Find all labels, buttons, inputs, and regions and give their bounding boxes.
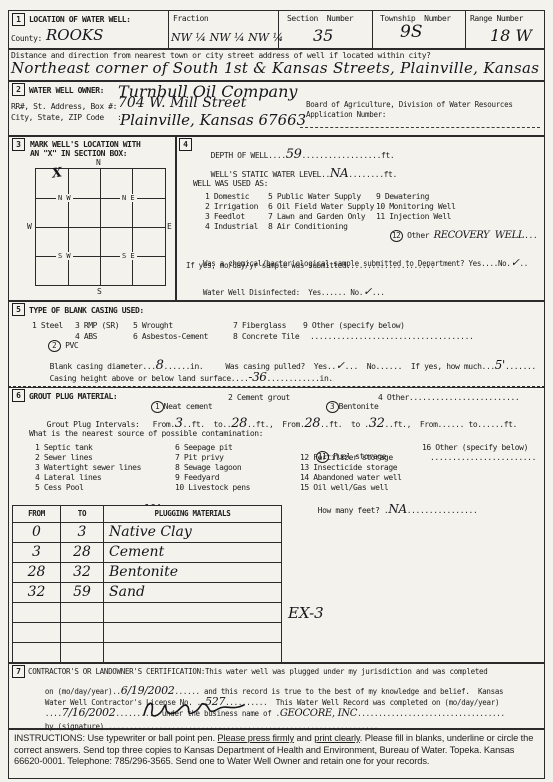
- disinfected-dots: ...: [372, 288, 385, 297]
- how-much-value: 5': [495, 358, 505, 372]
- use-option: 5 Public Water Supply: [268, 192, 361, 201]
- table-row-empty: [13, 623, 281, 643]
- section1-title: LOCATION OF WATER WELL:: [29, 15, 131, 24]
- section4-number: 4: [179, 138, 192, 151]
- use-option: 4 Industrial: [205, 222, 258, 231]
- grout-material-title: GROUT PLUG MATERIAL:: [29, 392, 117, 401]
- contamination-option: 1 Septic tank: [35, 443, 92, 452]
- grout-1-label: Neat cement: [164, 402, 213, 411]
- contamination-option: 7 Pit privy: [175, 453, 224, 462]
- interval-from-2: 28: [304, 416, 320, 431]
- use-option: 3 Feedlot: [205, 212, 245, 221]
- section3-title-line2: AN "X" IN SECTION BOX:: [30, 149, 127, 158]
- quarter-se-label: S E: [120, 252, 137, 260]
- table-header-from: FROM: [13, 506, 61, 522]
- application-number-label: Application Number:: [306, 110, 386, 119]
- section3-title-line1: MARK WELL'S LOCATION WITH: [30, 140, 140, 149]
- section-number-label: Section Number: [287, 14, 353, 23]
- pulled-yes-checkmark: ✓: [336, 359, 345, 372]
- casing-height-units: ............in.: [267, 374, 333, 383]
- table-header-materials: PLUGGING MATERIALS: [104, 506, 281, 522]
- intervals-text: ..ft. to..: [183, 420, 232, 429]
- use-option-12-other: 12 Other RECOVERY WELL...: [372, 221, 537, 251]
- plugging-materials-table: FROM TO PLUGGING MATERIALS 0 3 Native Cl…: [12, 505, 282, 664]
- table-row: 28 32 Bentonite: [13, 563, 281, 583]
- depth-units: ..................ft.: [302, 151, 395, 160]
- grout-option-2: 2 Cement grout: [228, 393, 290, 402]
- from-value: 0: [13, 523, 60, 541]
- contamination-option: 13 Insecticide storage: [300, 463, 397, 472]
- grout-option-4: 4 Other.........................: [378, 393, 519, 402]
- table-row: 3 28 Cement: [13, 543, 281, 563]
- how-much-label: ... No...... If yes, how much...: [345, 362, 495, 371]
- section2-number: 2: [12, 83, 25, 96]
- material-value: Native Clay: [104, 523, 281, 541]
- range-number-label: Range Number: [470, 14, 523, 23]
- compass-east-label: E: [167, 222, 171, 231]
- contamination-option: 6 Seepage pit: [175, 443, 232, 452]
- contamination-option: 4 Lateral lines: [35, 473, 101, 482]
- intervals-text: ..ft., From...... to......ft.: [384, 420, 517, 429]
- use-option: 2 Irrigation: [205, 202, 258, 211]
- quarter-nw-label: N W: [56, 194, 73, 202]
- distance-value: Northeast corner of South 1st & Kansas S…: [11, 59, 539, 77]
- city-value: Plainville, Kansas 67663: [120, 111, 306, 129]
- fraction-label: Fraction: [173, 14, 208, 23]
- section-grid: N W N E S W S E: [35, 168, 166, 286]
- use-12-circled-number: 12: [390, 230, 403, 242]
- contamination-option: 10 Livestock pens: [175, 483, 250, 492]
- section6-number: 6: [12, 389, 25, 402]
- section1-number: 1: [12, 13, 25, 26]
- to-value: 28: [61, 543, 103, 561]
- from-value: 28: [13, 563, 60, 581]
- material-value: Bentonite: [104, 563, 281, 581]
- compass-north-label: N: [96, 158, 100, 167]
- county-label: County:: [11, 34, 42, 43]
- city-label: City, State, ZIP Code :: [11, 113, 121, 122]
- well-location-x-mark: X: [51, 165, 63, 181]
- intervals-label: Grout Plug Intervals: From.: [47, 420, 175, 429]
- contamination-option: 14 Abandoned water well: [300, 473, 402, 482]
- use-option: 7 Lawn and Garden Only: [268, 212, 365, 221]
- use-12-dots: ...: [524, 231, 537, 240]
- sample-no-checkmark: ✓: [511, 256, 520, 269]
- signature-scribble: [140, 697, 250, 721]
- casing-option: 5 Wrought: [133, 321, 173, 330]
- address-value: 704 W. Mill Street: [118, 95, 246, 111]
- application-number-line: [300, 127, 540, 128]
- table-row: 32 59 Sand: [13, 583, 281, 603]
- section5-number: 5: [12, 303, 25, 316]
- ex-3-annotation: EX-3: [288, 604, 324, 622]
- section5-title: TYPE OF BLANK CASING USED:: [29, 306, 144, 315]
- instructions-text: and: [294, 733, 314, 743]
- use-12-handwritten-value: RECOVERY WELL: [434, 230, 524, 241]
- casing-option: 3 RMP (SR): [75, 321, 119, 330]
- township-number-value: 9S: [400, 22, 422, 42]
- use-option: 1 Domestic: [205, 192, 249, 201]
- table-row-empty: [13, 643, 281, 663]
- compass-west-label: W: [27, 222, 31, 231]
- feet-value: NA: [388, 502, 406, 516]
- contamination-option: 5 Cess Pool: [35, 483, 84, 492]
- instructions-print-clearly: print clearly: [314, 733, 360, 743]
- from-value: 32: [13, 583, 60, 601]
- use-option: 10 Monitoring Well: [376, 202, 456, 211]
- to-value: 32: [61, 563, 103, 581]
- casing-other-dots: .....................................: [310, 332, 473, 341]
- use-option: 6 Oil Field Water Supply: [268, 202, 374, 211]
- table-row-empty: [13, 603, 281, 623]
- casing-option: 8 Concrete Tile: [233, 332, 299, 341]
- sample-dots: ..: [520, 259, 528, 268]
- static-level-value: NA: [330, 166, 348, 180]
- contamination-option: 8 Sewage lagoon: [175, 463, 241, 472]
- casing-height-label: Casing height above or below land surfac…: [50, 374, 249, 383]
- table-header-to: TO: [61, 506, 104, 522]
- casing-option: 9 Other (specify below): [303, 321, 405, 330]
- disinfected-no-checkmark: ✓: [363, 285, 372, 298]
- how-much-dots: .......: [505, 362, 536, 371]
- depth-label: DEPTH OF WELL....: [211, 151, 286, 160]
- owner-label: WATER WELL OWNER:: [29, 86, 104, 95]
- contamination-16-dots: ........................: [430, 453, 536, 462]
- quarter-sw-label: S W: [56, 252, 73, 260]
- water-well-plugging-record-form: 1 LOCATION OF WATER WELL: County: ROOKS …: [0, 0, 553, 782]
- grout-3-label: Bentonite: [339, 402, 379, 411]
- material-value: Sand: [104, 583, 281, 601]
- contamination-question: What is the nearest source of possible c…: [29, 429, 263, 438]
- contamination-option: 2 Sewer lines: [35, 453, 92, 462]
- table-header-row: FROM TO PLUGGING MATERIALS: [13, 506, 281, 523]
- well-used-as-label: WELL WAS USED AS:: [193, 179, 268, 188]
- disinfected-question: Water Well Disinfected: Yes...... No.: [203, 288, 363, 297]
- static-level-units: ........ft.: [348, 170, 397, 179]
- contamination-option: 15 Oil well/Gas well: [300, 483, 388, 492]
- casing-option: 6 Asbestos-Cement: [133, 332, 208, 341]
- use-12-label: Other: [403, 231, 434, 240]
- use-option: 8 Air Conditioning: [268, 222, 348, 231]
- how-many-feet-line: How many feet? .NA................: [300, 496, 477, 524]
- interval-to-2: 32: [369, 416, 385, 431]
- section3-number: 3: [12, 138, 25, 151]
- instructions-text: INSTRUCTIONS: Use typewriter or ball poi…: [14, 733, 217, 743]
- section-number-value: 35: [313, 26, 333, 45]
- static-level-label: WELL'S STATIC WATER LEVEL..: [211, 170, 330, 179]
- contamination-option: 12 Fertilizer storage: [300, 453, 393, 462]
- feet-dots: ................: [407, 506, 478, 515]
- quarter-ne-label: N E: [120, 194, 137, 202]
- feet-label: How many feet? .: [318, 506, 389, 515]
- compass-south-label: S: [97, 287, 101, 296]
- intervals-text: ..ft., From.: [247, 420, 304, 429]
- intervals-text: ..ft. to .: [320, 420, 369, 429]
- to-value: 59: [61, 583, 103, 601]
- board-of-agriculture-label: Board of Agriculture, Division of Water …: [306, 100, 513, 109]
- casing-2-circled-number: 2: [48, 340, 61, 352]
- casing-option: 1 Steel: [32, 321, 63, 330]
- county-value: ROOKS: [46, 26, 103, 44]
- certification-line1: CONTRACTOR'S OR LANDOWNER'S CERTIFICATIO…: [28, 667, 487, 676]
- address-label: RR#, St. Address, Box #:: [11, 102, 117, 111]
- casing-option: 4 ABS: [75, 332, 97, 341]
- from-value: 3: [13, 543, 60, 561]
- use-option: 11 Injection Well: [376, 212, 451, 221]
- fraction-value: NW ¼ NW ¼ NW ¼: [171, 31, 283, 44]
- range-number-value: 18 W: [490, 26, 532, 45]
- instructions-press-firmly: Please press firmly: [217, 733, 294, 743]
- contamination-option: 9 Feedyard: [175, 473, 219, 482]
- contamination-option: 3 Watertight sewer lines: [35, 463, 141, 472]
- use-option: 9 Dewatering: [376, 192, 429, 201]
- casing-height-value: -36: [248, 370, 266, 384]
- cert-line4-rest: ...................................: [357, 709, 505, 718]
- to-value: 3: [61, 523, 103, 541]
- table-row: 0 3 Native Clay: [13, 523, 281, 543]
- section7-number: 7: [12, 665, 25, 678]
- sample-date-line: If yes, mo/day/yr sample was submitted..…: [186, 261, 435, 270]
- casing-option: 7 Fiberglass: [233, 321, 286, 330]
- contamination-option-16: 16 Other (specify below): [422, 443, 528, 452]
- material-value: Cement: [104, 543, 281, 561]
- instructions-box: INSTRUCTIONS: Use typewriter or ball poi…: [8, 729, 545, 779]
- casing-2-label: PVC: [65, 341, 78, 350]
